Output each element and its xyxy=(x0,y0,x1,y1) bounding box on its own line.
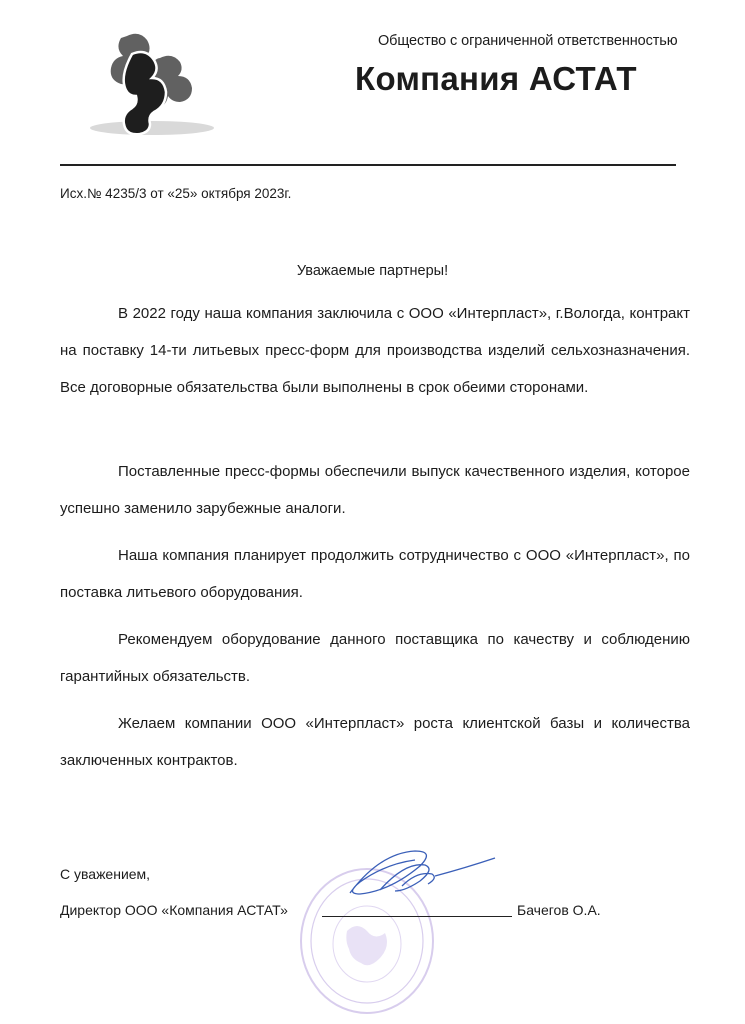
paragraph-text: Поставленные пресс-формы обеспечили выпу… xyxy=(60,463,690,517)
outgoing-reference: Исх.№ 4235/3 от «25» октября 2023г. xyxy=(60,186,291,201)
company-logo-icon xyxy=(82,28,222,140)
paragraph-text: Рекомендуем оборудование данного поставщ… xyxy=(60,631,690,685)
paragraph-text: В 2022 году наша компания заключила с ОО… xyxy=(60,305,690,396)
org-name: Компания АСТАТ xyxy=(355,60,637,98)
closing-phrase: С уважением, xyxy=(60,866,150,882)
signer-name: Бачегов О.А. xyxy=(517,902,601,918)
org-legal-form: Общество с ограниченной ответственностью xyxy=(378,33,678,49)
signature-line xyxy=(322,916,512,917)
paragraph: Рекомендуем оборудование данного поставщ… xyxy=(60,621,690,695)
handwritten-signature-icon xyxy=(340,848,500,903)
paragraph-text: Желаем компании ООО «Интерпласт» роста к… xyxy=(60,715,690,769)
header-divider xyxy=(60,164,676,166)
paragraph: Наша компания планирует продолжить сотру… xyxy=(60,537,690,611)
salutation: Уважаемые партнеры! xyxy=(0,263,745,279)
signer-position: Директор ООО «Компания АСТАТ» xyxy=(60,902,288,918)
paragraph-text: Наша компания планирует продолжить сотру… xyxy=(60,547,690,601)
paragraph: Поставленные пресс-формы обеспечили выпу… xyxy=(60,453,690,527)
paragraph: В 2022 году наша компания заключила с ОО… xyxy=(60,295,690,406)
paragraph: Желаем компании ООО «Интерпласт» роста к… xyxy=(60,705,690,779)
